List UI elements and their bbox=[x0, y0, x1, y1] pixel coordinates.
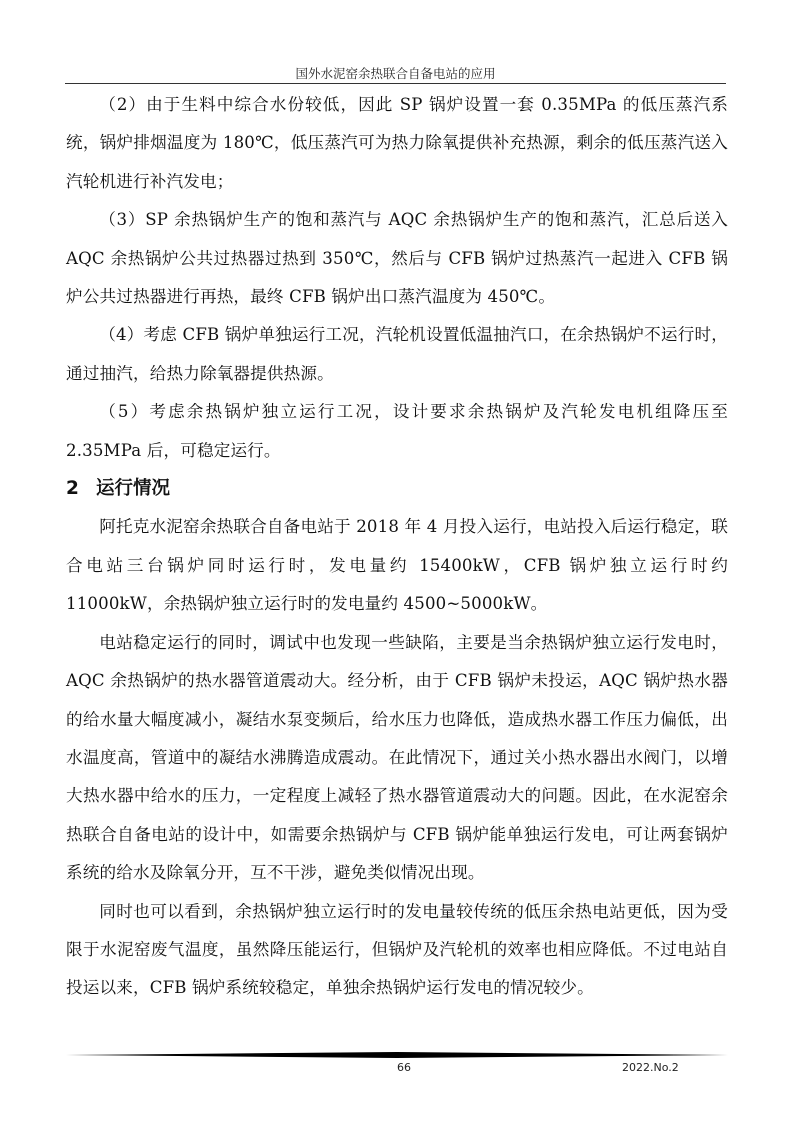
paragraph-item-4: （4）考虑 CFB 锅炉单独运行工况，汽轮机设置低温抽汽口，在余热锅炉不运行时，… bbox=[66, 316, 728, 393]
section-heading: 2运行情况 bbox=[66, 470, 728, 508]
paragraph-operation-overview: 阿托克水泥窑余热联合自备电站于 2018 年 4 月投入运行，电站投入后运行稳定… bbox=[66, 508, 728, 623]
footer-rule bbox=[66, 1052, 728, 1058]
paragraph-efficiency-note: 同时也可以看到，余热锅炉独立运行时的发电量较传统的低压余热电站更低，因为受限于水… bbox=[66, 893, 728, 1008]
page-number: 66 bbox=[384, 1061, 424, 1074]
page-body: （2）由于生料中综合水份较低，因此 SP 锅炉设置一套 0.35MPa 的低压蒸… bbox=[66, 86, 728, 1008]
header-rule bbox=[65, 83, 726, 84]
section-number: 2 bbox=[66, 470, 96, 508]
running-header-title: 国外水泥窑余热联合自备电站的应用 bbox=[65, 64, 726, 82]
paragraph-item-3: （3）SP 余热锅炉生产的饱和蒸汽与 AQC 余热锅炉生产的饱和蒸汽，汇总后送入… bbox=[66, 201, 728, 316]
section-title: 运行情况 bbox=[96, 478, 170, 499]
paragraph-item-2: （2）由于生料中综合水份较低，因此 SP 锅炉设置一套 0.35MPa 的低压蒸… bbox=[66, 86, 728, 201]
paragraph-item-5: （5）考虑余热锅炉独立运行工况，设计要求余热锅炉及汽轮发电机组降压至 2.35M… bbox=[66, 393, 728, 470]
issue-label: 2022.No.2 bbox=[622, 1061, 679, 1074]
paragraph-defects-analysis: 电站稳定运行的同时，调试中也发现一些缺陷，主要是当余热锅炉独立运行发电时，AQC… bbox=[66, 624, 728, 893]
